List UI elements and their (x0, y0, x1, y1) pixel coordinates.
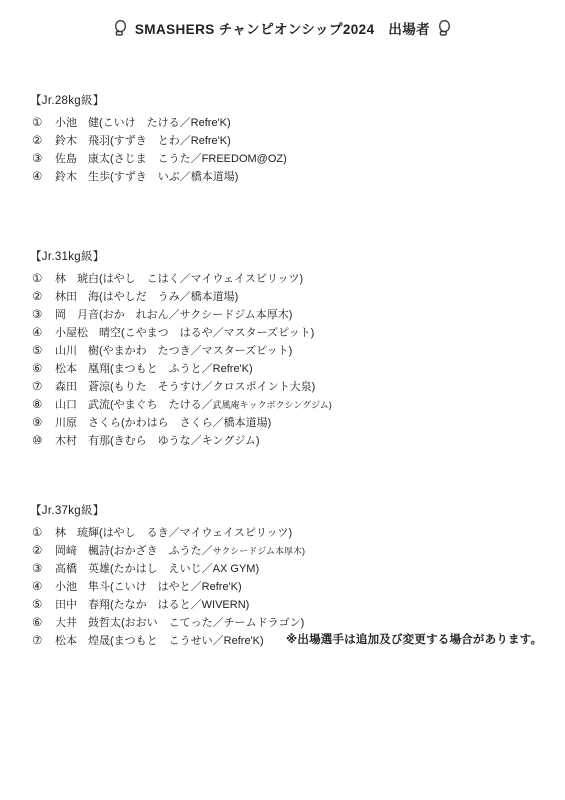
circled-number: ⑧ (32, 396, 47, 414)
circled-number: ③ (32, 306, 47, 324)
circled-number: ③ (32, 150, 47, 168)
circled-number: ④ (32, 168, 47, 186)
participant-row: ② 鈴木 飛羽(すずき とわ／Refre'K) (32, 132, 287, 150)
section-jr31kg: 【Jr.31kg級】 ① 林 琥白(はやし こはく／マイウェイスピリッツ) ② … (30, 248, 332, 450)
document-page: SMASHERS チャンピオンシップ2024 出場者 【Jr.28kg級】 ① … (0, 0, 565, 800)
section-jr37kg: 【Jr.37kg級】 ① 林 琉輝(はやし るき／マイウェイスピリッツ) ② 岡… (30, 502, 305, 650)
participant-text: 鈴木 生歩(すずき いぶ／橋本道場) (55, 168, 238, 186)
circled-number: ② (32, 542, 47, 560)
participant-row: ⑤ 山川 樹(やまかわ たつき／マスターズピット) (32, 342, 332, 360)
participant-row: ③ 岡 月音(おか れおん／サクシードジム本厚木) (32, 306, 332, 324)
participant-row: ④ 小屋松 晴空(こやまつ はるや／マスターズピット) (32, 324, 332, 342)
disclaimer-note: ※出場選手は追加及び変更する場合があります。 (286, 631, 542, 647)
participant-text: 山川 樹(やまかわ たつき／マスターズピット) (55, 342, 292, 360)
participant-text: 小池 健(こいけ たける／Refre'K) (55, 114, 231, 132)
circled-number: ⑩ (32, 432, 47, 450)
participant-text: 小池 隼斗(こいけ はやと／Refre'K) (55, 578, 242, 596)
circled-number: ② (32, 132, 47, 150)
participant-text: 鈴木 飛羽(すずき とわ／Refre'K) (55, 132, 231, 150)
participant-row: ③ 佐島 康太(さじま こうた／FREEDOM@OZ) (32, 150, 287, 168)
participant-text: 岡 月音(おか れおん／サクシードジム本厚木) (55, 306, 292, 324)
boxing-glove-icon (113, 19, 128, 37)
participant-text: 岡﨑 楓詩(おかざき ふうた／ (55, 542, 213, 560)
participant-row: ② 林田 海(はやしだ うみ／橋本道場) (32, 288, 332, 306)
participant-row: ⑧ 山口 武流(やまぐち たける／ 武風庵キックボクシングジム) (32, 396, 332, 414)
section-header-jr28kg: 【Jr.28kg級】 (30, 92, 287, 110)
participant-row: ⑦ 森田 蒼涼(もりた そうすけ／クロスポイント大泉) (32, 378, 332, 396)
page-title-text: SMASHERS チャンピオンシップ2024 出場者 (135, 18, 430, 38)
participant-text: 川原 さくら(かわはら さくら／橋本道場) (55, 414, 271, 432)
participant-row: ① 林 琉輝(はやし るき／マイウェイスピリッツ) (32, 524, 305, 542)
participant-text: 田中 春翔(たなか はると／WIVERN) (55, 596, 249, 614)
circled-number: ① (32, 270, 47, 288)
participant-text: 小屋松 晴空(こやまつ はるや／マスターズピット) (55, 324, 314, 342)
participant-gym-small: サクシードジム本厚木) (213, 542, 305, 560)
participant-row: ⑥ 大井 鼓哲太(おおい こてった／チームドラゴン) (32, 614, 305, 632)
section-header-jr37kg: 【Jr.37kg級】 (30, 502, 305, 520)
participant-text: 森田 蒼涼(もりた そうすけ／クロスポイント大泉) (55, 378, 315, 396)
participant-row: ④ 鈴木 生歩(すずき いぶ／橋本道場) (32, 168, 287, 186)
circled-number: ⑤ (32, 342, 47, 360)
circled-number: ⑨ (32, 414, 47, 432)
circled-number: ⑤ (32, 596, 47, 614)
participant-text: 高橋 英雄(たかはし えいじ／AX GYM) (55, 560, 259, 578)
participant-row: ⑨ 川原 さくら(かわはら さくら／橋本道場) (32, 414, 332, 432)
participant-gym-small: 武風庵キックボクシングジム) (213, 396, 332, 414)
circled-number: ④ (32, 578, 47, 596)
participant-text: 木村 有那(きむら ゆうな／キングジム) (55, 432, 260, 450)
participant-row: ⑩ 木村 有那(きむら ゆうな／キングジム) (32, 432, 332, 450)
page-title: SMASHERS チャンピオンシップ2024 出場者 (0, 18, 565, 38)
participant-text: 林田 海(はやしだ うみ／橋本道場) (55, 288, 238, 306)
circled-number: ③ (32, 560, 47, 578)
circled-number: ⑦ (32, 632, 47, 650)
participant-text: 山口 武流(やまぐち たける／ (55, 396, 213, 414)
participant-row: ② 岡﨑 楓詩(おかざき ふうた／ サクシードジム本厚木) (32, 542, 305, 560)
participant-text: 林 琥白(はやし こはく／マイウェイスピリッツ) (55, 270, 303, 288)
circled-number: ① (32, 114, 47, 132)
participant-text: 大井 鼓哲太(おおい こてった／チームドラゴン) (55, 614, 304, 632)
circled-number: ⑥ (32, 614, 47, 632)
participant-row: ① 小池 健(こいけ たける／Refre'K) (32, 114, 287, 132)
participant-row: ③ 高橋 英雄(たかはし えいじ／AX GYM) (32, 560, 305, 578)
participant-text: 林 琉輝(はやし るき／マイウェイスピリッツ) (55, 524, 292, 542)
circled-number: ⑥ (32, 360, 47, 378)
circled-number: ⑦ (32, 378, 47, 396)
participant-row: ⑥ 松本 凰翔(まつもと ふうと／Refre'K) (32, 360, 332, 378)
boxing-glove-icon (437, 19, 452, 37)
participant-text: 松本 煌晟(まつもと こうせい／Refre'K) (55, 632, 264, 650)
participant-row: ① 林 琥白(はやし こはく／マイウェイスピリッツ) (32, 270, 332, 288)
participant-row: ④ 小池 隼斗(こいけ はやと／Refre'K) (32, 578, 305, 596)
section-header-jr31kg: 【Jr.31kg級】 (30, 248, 332, 266)
section-jr28kg: 【Jr.28kg級】 ① 小池 健(こいけ たける／Refre'K) ② 鈴木 … (30, 92, 287, 186)
participant-row: ⑦ 松本 煌晟(まつもと こうせい／Refre'K) (32, 632, 305, 650)
circled-number: ④ (32, 324, 47, 342)
circled-number: ② (32, 288, 47, 306)
circled-number: ① (32, 524, 47, 542)
participant-row: ⑤ 田中 春翔(たなか はると／WIVERN) (32, 596, 305, 614)
participant-text: 佐島 康太(さじま こうた／FREEDOM@OZ) (55, 150, 287, 168)
participant-text: 松本 凰翔(まつもと ふうと／Refre'K) (55, 360, 253, 378)
